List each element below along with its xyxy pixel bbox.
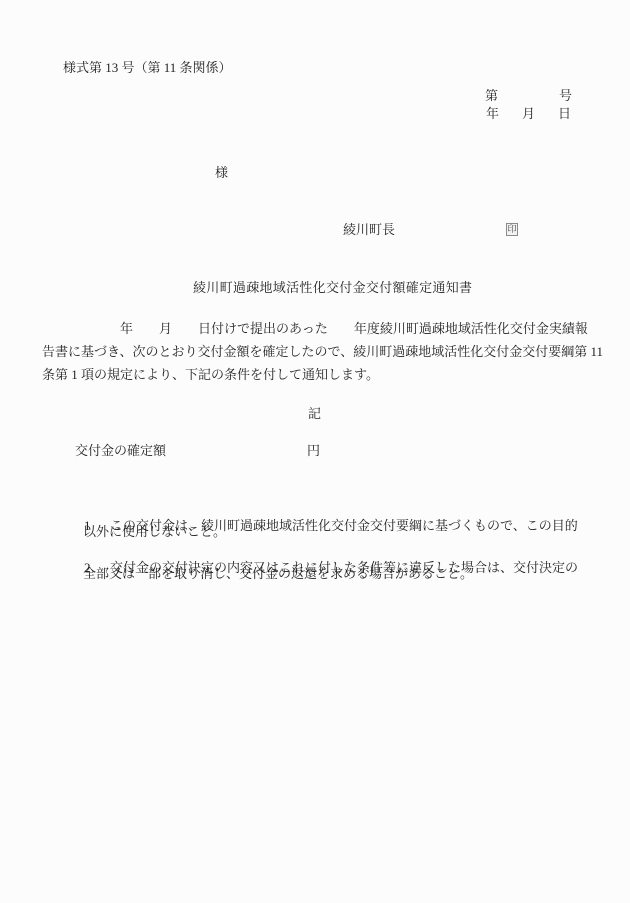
body-paragraph-line-1: 年 月 日付けで提出のあった 年度綾川町過疎地域活性化交付金実績報	[42, 322, 588, 337]
amount-unit: 円	[307, 444, 320, 459]
body-paragraph-line-2: 告書に基づき、次のとおり交付金額を確定したので、綾川町過疎地域活性化交付金交付要…	[42, 345, 603, 360]
date-day-label: 日	[558, 107, 571, 122]
condition-1-line-2: 以外に使用しないこと。	[83, 525, 226, 540]
form-number: 様式第 13 号（第 11 条関係）	[63, 61, 232, 76]
document-title: 綾川町過疎地域活性化交付金交付額確定通知書	[193, 281, 472, 296]
doc-number-line: 第 号	[485, 89, 572, 104]
date-year-label: 年	[486, 107, 499, 122]
doc-number-suffix: 号	[559, 89, 572, 104]
amount-label: 交付金の確定額	[75, 444, 166, 459]
recipient-honorific: 様	[215, 166, 228, 181]
date-line: 年 月 日	[486, 107, 571, 122]
condition-2-line-2: 全部又は一部を取り消し、交付金の返還を求める場合があること。	[83, 567, 473, 582]
notice-heading: 記	[308, 407, 321, 422]
doc-number-prefix: 第	[485, 89, 498, 104]
sender-title: 綾川町長	[343, 223, 395, 238]
body-paragraph-line-3: 条第 1 項の規定により、下記の条件を付して通知します。	[42, 368, 379, 383]
date-month-label: 月	[522, 107, 535, 122]
seal-mark: 印	[506, 223, 518, 236]
document-page: 様式第 13 号（第 11 条関係） 第 号 年 月 日 様 綾川町長 印 綾川…	[0, 0, 630, 903]
